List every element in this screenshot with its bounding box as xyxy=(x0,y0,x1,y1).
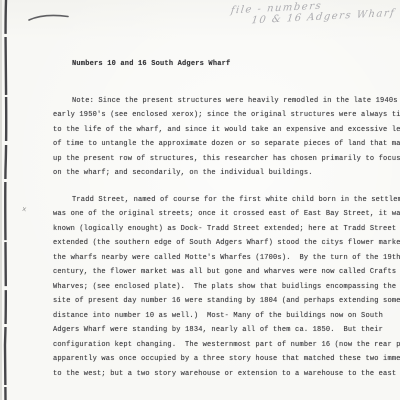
tradd-street-paragraph: Tradd Street, named of course for the fi… xyxy=(53,193,400,382)
handwritten-note: file - numbers 10 & 16 Adgers Wharf xyxy=(229,0,400,28)
document-body: Numbers 10 and 16 South Adgers Wharf Not… xyxy=(53,57,400,381)
note-paragraph: Note: Since the present structures were … xyxy=(53,94,400,181)
scanned-document-page: file - numbers 10 & 16 Adgers Wharf x Nu… xyxy=(0,0,400,400)
stray-pencil-mark: x xyxy=(21,206,27,215)
scan-artifact-line xyxy=(0,0,14,400)
document-title: Numbers 10 and 16 South Adgers Wharf xyxy=(72,57,400,72)
pen-dash-mark xyxy=(27,10,71,24)
